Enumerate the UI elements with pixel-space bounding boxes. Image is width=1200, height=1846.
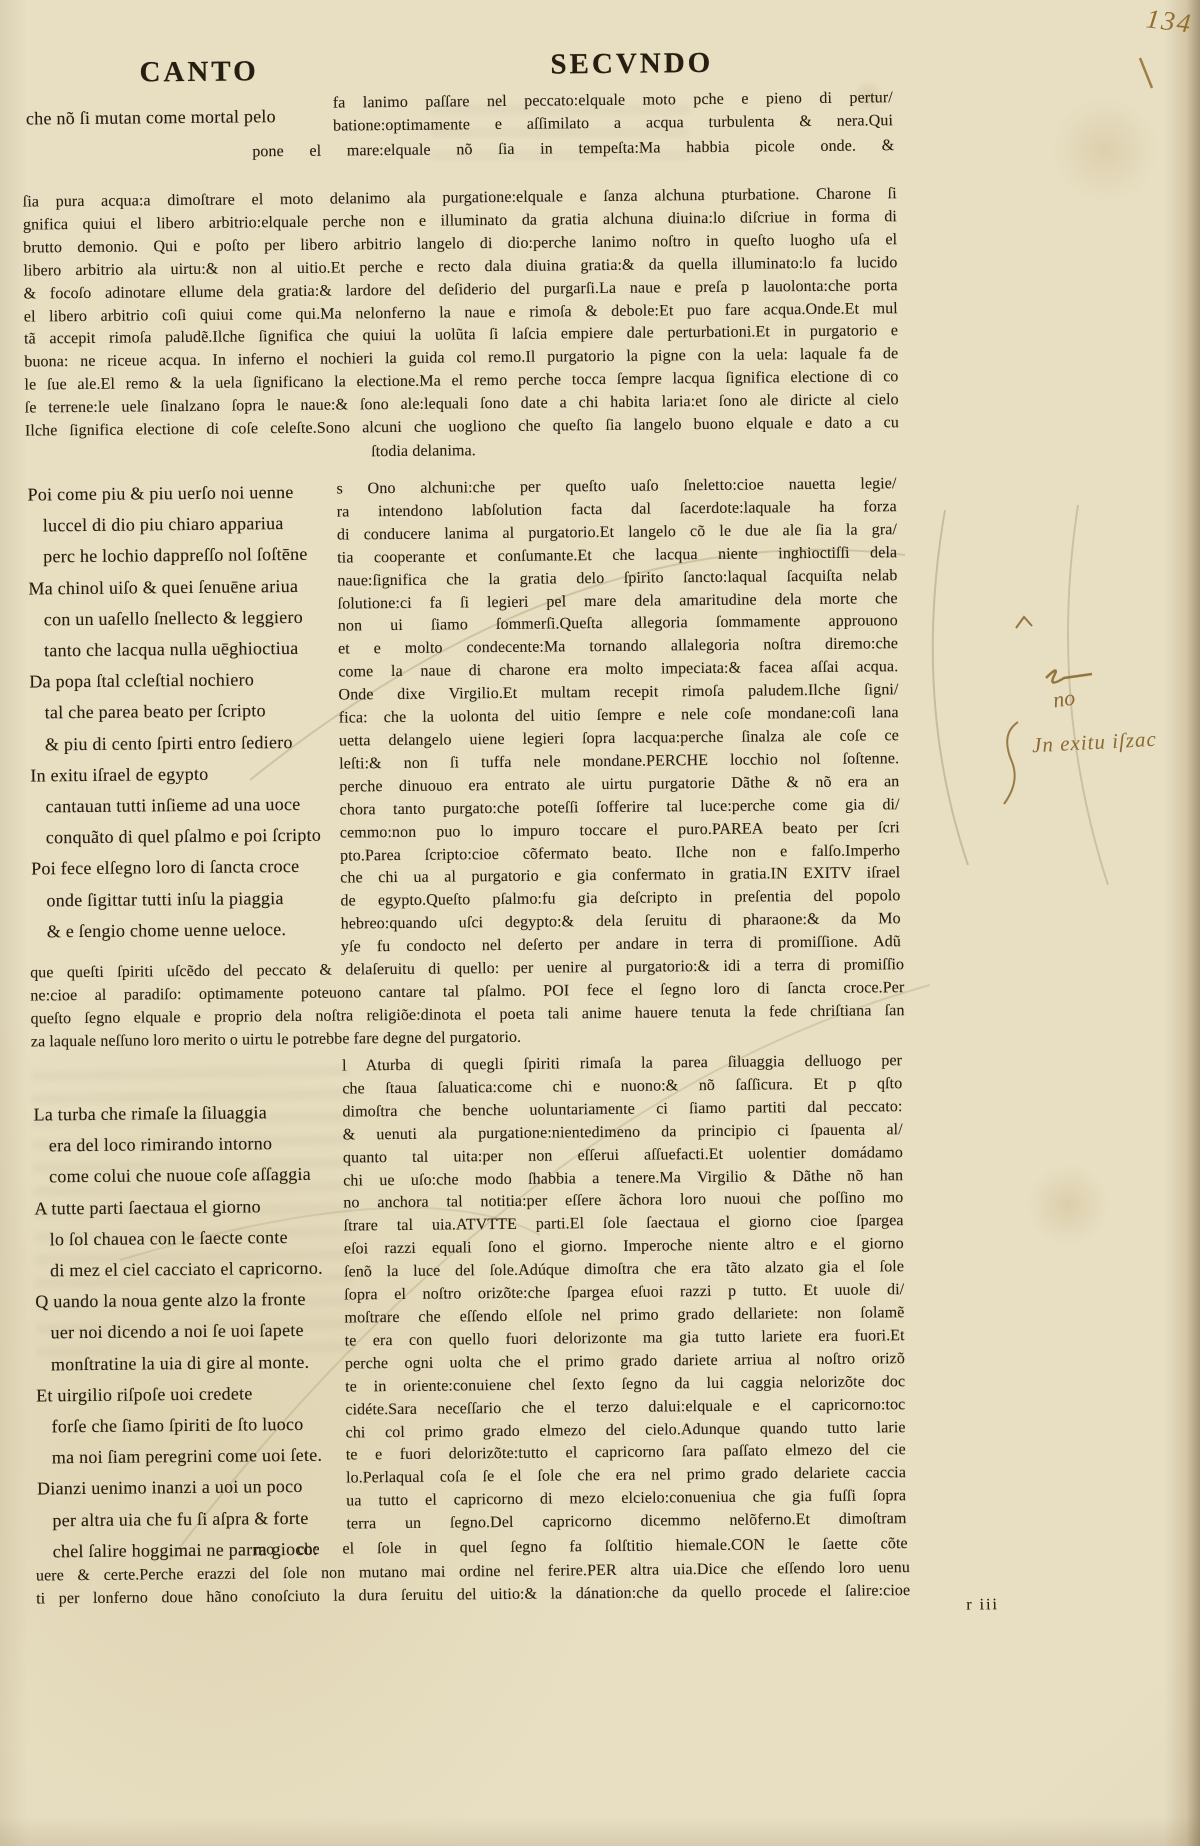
text-line: onde ſigittar tutti inſu la piaggia [31, 882, 321, 916]
text-line: ma noi ſiam peregrini come uoi ſete. [37, 1440, 325, 1474]
text-line: Poi come piu & piu uerſo noi uenne [27, 477, 317, 511]
text-line: tal che parea beato per ſcripto [30, 695, 320, 729]
verse-column-1: Poi come piu & piu uerſo noi uenneluccel… [27, 477, 322, 948]
commentary-column-2: l Aturba di quegli ſpiriti rimaſa la par… [342, 1050, 907, 1536]
text-line: forſe che ſiamo ſpiriti de ſto luoco [36, 1409, 324, 1443]
folio-number-handwritten: 134 [1144, 3, 1194, 39]
paragraph-last-line: za laquale neſſuno loro merito o uirtu l… [31, 1027, 522, 1055]
text-line: perc he lochio dappreſſo nol ſoſtēne [28, 539, 318, 573]
signature-mark: r iii [966, 1596, 999, 1614]
centered-line: ſtodia delanima. [371, 440, 476, 464]
commentary-column-opening: fa lanimo paſſare nel peccato:elquale mo… [333, 87, 893, 138]
text-line: Ma chinol uiſo & quei ſenuēne ariua [28, 570, 318, 604]
printed-text-block: CANTO SECVNDO che nõ ſi mutan come morta… [0, 0, 1200, 1846]
text-line: Et uirgilio riſpoſe uoi credete [36, 1378, 324, 1412]
text-line: per altra uia che fu ſi aſpra & forte [37, 1502, 325, 1536]
text-line: cantauan tutti inſieme ad una uoce [30, 789, 320, 823]
text-line: di mez el ciel cacciato el capricorno. [35, 1253, 323, 1287]
verse-line-opening: che nõ ſi mutan come mortal pelo [26, 101, 276, 135]
text-line: uer noi dicendo a noi ſe uoi ſapete [35, 1315, 323, 1349]
full-width-block-2: que queſti ſpiriti uſcẽdo del peccato & … [30, 954, 905, 1031]
text-line: era del loco rimirando intorno [34, 1128, 322, 1162]
text-line: La turba che rimaſe la ſiluaggia [33, 1097, 321, 1131]
text-line: con un uaſello ſnellecto & leggiero [29, 602, 319, 636]
text-line: Da popa ſtal ccleſtial nochiero [29, 664, 319, 698]
text-line: Q uando la noua gente alzo la fronte [35, 1284, 323, 1318]
text-line: A tutte parti ſaectaua el giorno [34, 1190, 322, 1224]
verse-column-2: La turba che rimaſe la ſiluaggiaera del … [33, 1097, 325, 1568]
running-title-canto: CANTO [139, 55, 259, 89]
text-line: tanto che lacqua nulla uēghioctiua [29, 633, 319, 667]
text-line: luccel di dio piu chiaro appariua [28, 508, 318, 542]
full-width-block-1: ſia pura acqua:a dimoſtrare el moto dela… [23, 183, 899, 443]
text-line: come colui che nuoue coſe aſſaggia [34, 1159, 322, 1193]
running-title-secundo: SECVNDO [550, 47, 713, 82]
text-line: & piu di cento ſpirti entro ſediero [30, 726, 320, 760]
text-line: In exitu iſrael de egypto [30, 758, 320, 792]
text-line: monſtratine la uia di gire al monte. [36, 1346, 324, 1380]
text-line: batione:optimamente e aſſimilato a acqua… [333, 110, 893, 138]
manuscript-page: CANTO SECVNDO che nõ ſi mutan come morta… [0, 0, 1200, 1846]
text-line: terra un ſegno.Del capricorno dicemmo ne… [346, 1508, 906, 1536]
text-line: Dianzi uenimo inanzi a uoi un poco [37, 1471, 325, 1505]
text-line: & e ſengio chome uenne ueloce. [32, 914, 322, 948]
commentary-column-1: s Ono alchuni:che per queſto uaſo ſnelet… [336, 473, 901, 959]
text-line: Poi fece elſegno loro di ſancta croce [31, 851, 321, 885]
text-line: conquãto di quel pſalmo e poi ſcripto [31, 820, 321, 854]
commentary-indent-line-1: pone el mare:elquale nõ ſia in tempeſta:… [252, 135, 894, 164]
margin-note-no: no [1051, 685, 1076, 714]
full-width-block-3: uere & certe.Perche erazzi del ſole non … [36, 1557, 910, 1611]
text-line: lo ſol chauea con le ſaecte conte [35, 1222, 323, 1256]
